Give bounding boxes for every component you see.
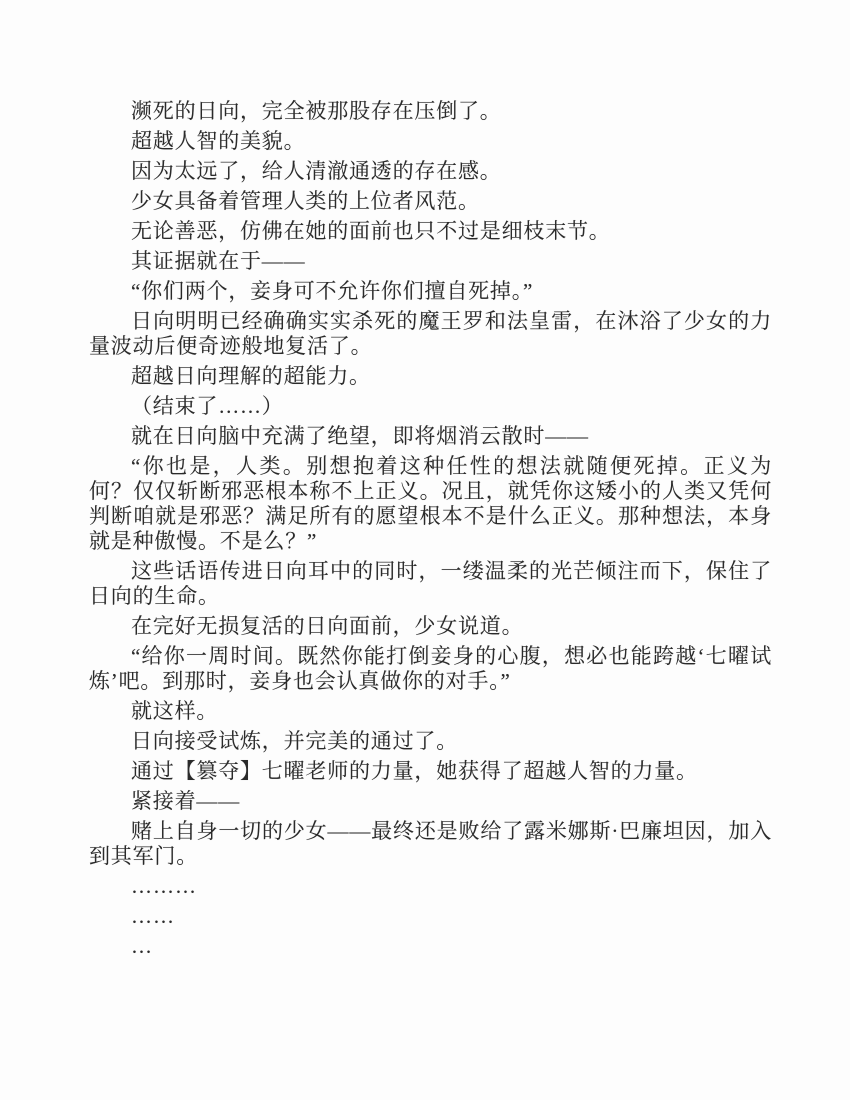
paragraph: 超越日向理解的超能力。	[89, 364, 772, 389]
paragraph: （结束了……）	[89, 394, 772, 419]
paragraph: 无论善恶，仿佛在她的面前也只不过是细枝末节。	[89, 219, 772, 244]
paragraph: 通过【篡夺】七曜老师的力量，她获得了超越人智的力量。	[89, 759, 772, 784]
paragraph: 濒死的日向，完全被那股存在压倒了。	[89, 99, 772, 124]
paragraph: 紧接着——	[89, 789, 772, 814]
paragraph: 少女具备着管理人类的上位者风范。	[89, 189, 772, 214]
paragraph: 因为太远了，给人清澈通透的存在感。	[89, 159, 772, 184]
document-page: 濒死的日向，完全被那股存在压倒了。超越人智的美貌。因为太远了，给人清澈通透的存在…	[0, 0, 850, 1100]
paragraph: ………	[89, 874, 772, 899]
paragraph: “你也是，人类。别想抱着这种任性的想法就随便死掉。正义为何？仅仅斩断邪恶根本称不…	[89, 454, 772, 554]
page-text: 濒死的日向，完全被那股存在压倒了。超越人智的美貌。因为太远了，给人清澈通透的存在…	[89, 99, 772, 964]
paragraph: 赌上自身一切的少女——最终还是败给了露米娜斯·巴廉坦因，加入到其军门。	[89, 819, 772, 869]
paragraph: “你们两个，妾身可不允许你们擅自死掉。”	[89, 279, 772, 304]
paragraph: 这些话语传进日向耳中的同时，一缕温柔的光芒倾注而下，保住了日向的生命。	[89, 559, 772, 609]
paragraph: 就在日向脑中充满了绝望，即将烟消云散时——	[89, 424, 772, 449]
paragraph: 日向明明已经确确实实杀死的魔王罗和法皇雷，在沐浴了少女的力量波动后便奇迹般地复活…	[89, 309, 772, 359]
paragraph: 其证据就在于——	[89, 249, 772, 274]
paragraph: 就这样。	[89, 699, 772, 724]
paragraph: 日向接受试炼，并完美的通过了。	[89, 729, 772, 754]
paragraph: …	[89, 934, 772, 959]
paragraph: “给你一周时间。既然你能打倒妾身的心腹，想必也能跨越‘七曜试炼’吧。到那时，妾身…	[89, 644, 772, 694]
paragraph: ……	[89, 904, 772, 929]
paragraph: 在完好无损复活的日向面前，少女说道。	[89, 614, 772, 639]
paragraph: 超越人智的美貌。	[89, 129, 772, 154]
